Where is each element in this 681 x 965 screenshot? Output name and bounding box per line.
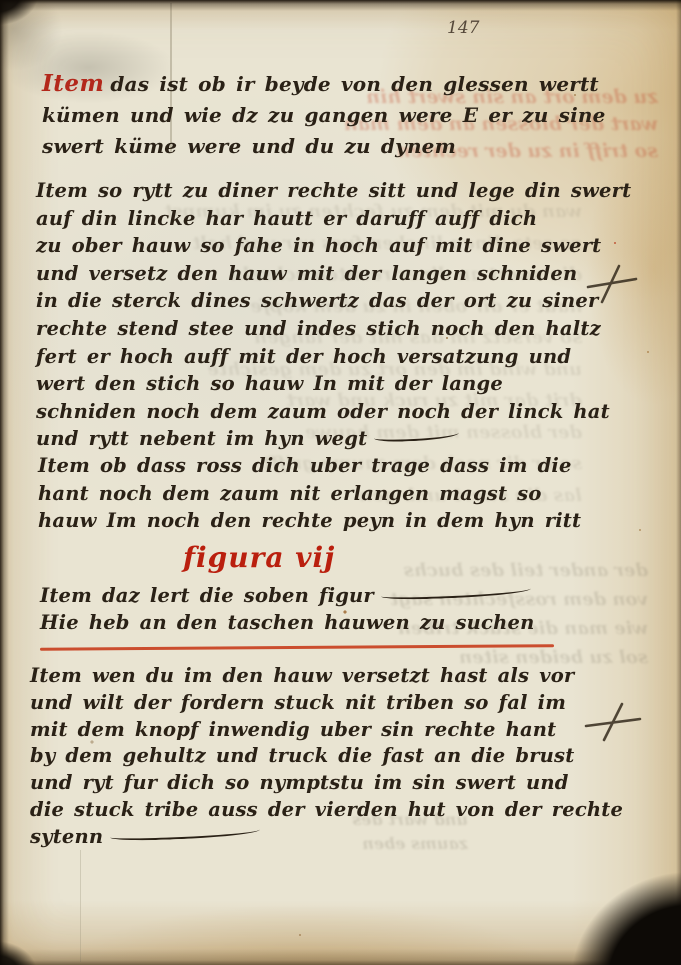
text-line: die stuck tribe auss der vierden hut von…: [30, 797, 623, 824]
figure-caption: Item daz lert die soben figur Hie heb an…: [40, 582, 534, 636]
text-line: fert er hoch auff mit der hoch versatzun…: [36, 343, 631, 371]
bleedthrough-line: der ander teil des buchs: [348, 556, 648, 585]
parchment-crease: [80, 850, 81, 962]
rubric-initial: Item: [42, 70, 104, 97]
text-line: Item ob dass ross dich uber trage dass i…: [38, 452, 581, 480]
text-line: hauw Im noch den rechte peyn in dem hyn …: [38, 507, 581, 535]
text-line: Item daz lert die soben figur: [40, 582, 534, 609]
text-line-body: swert küme were und du zu dynem: [42, 134, 456, 158]
text-line-body: fert er hoch auff mit der hoch versatzun…: [36, 345, 571, 368]
folio-number: 147: [447, 18, 479, 38]
text-line-body: und versetz den hauw mit der langen schn…: [36, 262, 577, 285]
text-line: Itemdas ist ob ir beyde von den glessen …: [42, 68, 606, 100]
text-line: rechte stend stee und indes stich noch d…: [36, 315, 631, 343]
paragraph-2: Item so rytt zu diner rechte sitt und le…: [36, 177, 631, 453]
text-line: wert den stich so hauw In mit der lange: [36, 370, 631, 398]
figure-heading: figura vij: [183, 541, 335, 574]
text-line-body: in die sterck dines schwertz das der ort…: [36, 289, 599, 312]
text-line-body: zu ober hauw so fahe in hoch auf mit din…: [36, 234, 601, 257]
text-line-body: und ryt fur dich so nymptstu im sin swer…: [30, 771, 569, 794]
paragraph-1: Itemdas ist ob ir beyde von den glessen …: [42, 68, 606, 162]
pen-flourish: [110, 825, 260, 841]
text-line-body: schniden noch dem zaum oder noch der lin…: [36, 400, 610, 423]
text-line: by dem gehultz und truck die fast an die…: [30, 743, 623, 770]
text-line: swert küme were und du zu dynem: [42, 131, 606, 162]
text-line-body: kümen und wie dz zu gangen were E er zu …: [42, 103, 606, 127]
margin-cross-icon: [586, 264, 638, 308]
text-line: und ryt fur dich so nymptstu im sin swer…: [30, 770, 623, 797]
manuscript-page: zu dem ort an sin swert hin wart der blo…: [0, 0, 681, 965]
text-line: sytenn: [30, 824, 623, 851]
text-line: Item so rytt zu diner rechte sitt und le…: [36, 177, 631, 205]
text-line-body: Item wen du im den hauw versetzt hast al…: [30, 664, 574, 687]
text-line-body: auf din lincke har hautt er daruff auff …: [36, 207, 537, 230]
text-line-body: hauw Im noch den rechte peyn in dem hyn …: [38, 509, 581, 532]
text-line-body: rechte stend stee und indes stich noch d…: [36, 317, 601, 340]
text-line-body: und rytt nebent im hyn wegt: [36, 427, 367, 450]
text-line-body: das ist ob ir beyde von den glessen wert…: [110, 72, 599, 96]
text-line-body: Item so rytt zu diner rechte sitt und le…: [36, 179, 631, 202]
text-line: und versetz den hauw mit der langen schn…: [36, 260, 631, 288]
pen-flourish: [381, 584, 531, 600]
text-line-body: mit dem knopf inwendig uber sin rechte h…: [30, 718, 556, 741]
text-line: auf din lincke har hautt er daruff auff …: [36, 205, 631, 233]
text-line-body: Item ob dass ross dich uber trage dass i…: [38, 454, 572, 477]
pen-flourish: [374, 429, 459, 443]
text-line-body: by dem gehultz und truck die fast an die…: [30, 744, 574, 767]
text-line-body: Item daz lert die soben figur: [40, 584, 374, 607]
paragraph-3: Item ob dass ross dich uber trage dass i…: [38, 452, 581, 535]
text-line: und wilt der fordern stuck nit triben so…: [30, 690, 623, 717]
margin-cross-icon: [584, 702, 642, 746]
text-line: hant noch dem zaum nit erlangen magst so: [38, 480, 581, 508]
text-line: Item wen du im den hauw versetzt hast al…: [30, 663, 623, 690]
text-line: Hie heb an den taschen hauwen zu suchen: [40, 609, 534, 636]
text-line-body: hant noch dem zaum nit erlangen magst so: [38, 482, 542, 505]
text-line: in die sterck dines schwertz das der ort…: [36, 287, 631, 315]
text-line-body: die stuck tribe auss der vierden hut von…: [30, 798, 623, 821]
text-line-body: sytenn: [30, 825, 103, 848]
text-line-body: wert den stich so hauw In mit der lange: [36, 372, 503, 395]
text-line: mit dem knopf inwendig uber sin rechte h…: [30, 717, 623, 744]
text-line: kümen und wie dz zu gangen were E er zu …: [42, 100, 606, 131]
text-line-body: Hie heb an den taschen hauwen zu suchen: [40, 611, 534, 634]
text-line: zu ober hauw so fahe in hoch auf mit din…: [36, 232, 631, 260]
text-line-body: und wilt der fordern stuck nit triben so…: [30, 691, 566, 714]
paragraph-4: Item wen du im den hauw versetzt hast al…: [30, 663, 623, 851]
text-line: und rytt nebent im hyn wegt: [36, 425, 631, 453]
text-line: schniden noch dem zaum oder noch der lin…: [36, 398, 631, 426]
